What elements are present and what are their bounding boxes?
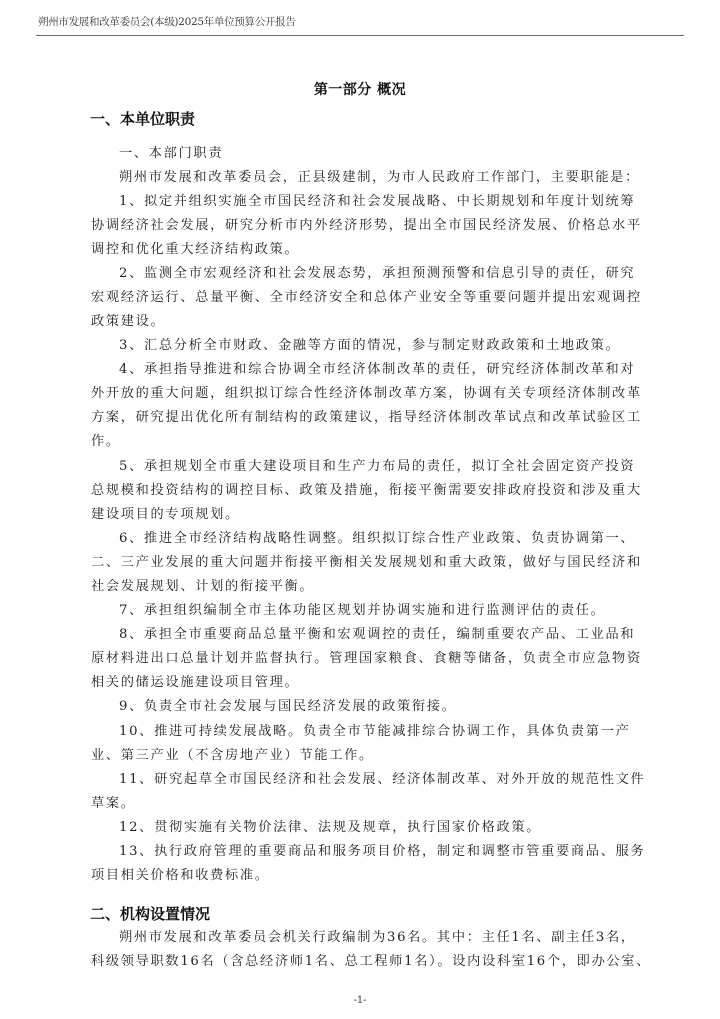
duty-item-4: 4、承担指导推进和综合协调全市经济体制改革的责任，研究经济体制改革和对 [119, 361, 631, 379]
paragraph-line: 调控和优化重大经济结构政策。 [91, 241, 631, 259]
part-title: 第一部分 概况 [0, 79, 720, 99]
paragraph-line: 政策建设。 [91, 313, 631, 331]
paragraph-line: 相关的储运设施建设项目管理。 [91, 674, 631, 692]
paragraph-line: 草案。 [91, 795, 631, 813]
paragraph-line: 朔州市发展和改革委员会，正县级建制，为市人民政府工作部门，主要职能是： [119, 169, 631, 187]
page-number: -1- [0, 995, 720, 1006]
paragraph-line: 总规模和投资结构的调控目标、政策及措施，衔接平衡需要安排政府投资和涉及重大 [91, 482, 631, 500]
header-rule [36, 35, 684, 36]
paragraph-line: 朔州市发展和改革委员会机关行政编制为36名。其中：主任1名、副主任3名， [119, 929, 631, 947]
duty-item-7: 7、承担组织编制全市主体功能区规划并协调实施和进行监测评估的责任。 [119, 602, 631, 620]
paragraph-line: 宏观经济运行、总量平衡、全市经济安全和总体产业安全等重要问题并提出宏观调控 [91, 289, 631, 307]
paragraph-line: 原材料进出口总量计划并监督执行。管理国家粮食、食糖等储备，负责全市应急物资 [91, 650, 631, 668]
paragraph-line: 方案，研究提出优化所有制结构的政策建议，指导经济体制改革试点和改革试验区工 [91, 409, 631, 427]
duty-item-5: 5、承担规划全市重大建设项目和生产力布局的责任，拟订全社会固定资产投资 [119, 458, 631, 476]
paragraph-line: 建设项目的专项规划。 [91, 506, 631, 524]
running-header: 朔州市发展和改革委员会(本级)2025年单位预算公开报告 [38, 14, 296, 29]
paragraph-line: 协调经济社会发展，研究分析市内外经济形势，提出全市国民经济发展、价格总水平 [91, 217, 631, 235]
duty-item-11: 11、研究起草全市国民经济和社会发展、经济体制改革、对外开放的规范性文件 [119, 771, 631, 789]
paragraph-line: 二、三产业发展的重大问题并衔接平衡相关发展规划和重大政策，做好与国民经济和 [91, 554, 631, 572]
paragraph-line: 作。 [91, 433, 631, 451]
duty-item-12: 12、贯彻实施有关物价法律、法规及规章，执行国家价格政策。 [119, 819, 631, 837]
subheading-dept-duties: 一、本部门职责 [119, 145, 631, 163]
duty-item-10: 10、推进可持续发展战略。负责全市节能减排综合协调工作，具体负责第一产 [119, 723, 631, 741]
paragraph-line: 项目相关价格和收费标准。 [91, 867, 631, 885]
duty-item-3: 3、汇总分析全市财政、金融等方面的情况，参与制定财政政策和土地政策。 [119, 337, 631, 355]
section-heading-unit-duties: 一、本单位职责 [90, 108, 195, 129]
duty-item-6: 6、推进全市经济结构战略性调整。组织拟订综合性产业政策、负责协调第一、 [119, 530, 631, 548]
paragraph-line: 社会发展规划、计划的衔接平衡。 [91, 578, 631, 596]
paragraph-line: 科级领导职数16名（含总经济师1名、总工程师1名）。设内设科室16个，即办公室、 [91, 953, 631, 971]
duty-item-2: 2、监测全市宏观经济和社会发展态势，承担预测预警和信息引导的责任，研究 [119, 265, 631, 283]
paragraph-line: 外开放的重大问题，组织拟订综合性经济体制改革方案，协调有关专项经济体制改革 [91, 385, 631, 403]
duty-item-9: 9、负责全市社会发展与国民经济发展的政策衔接。 [119, 698, 631, 716]
duty-item-13: 13、执行政府管理的重要商品和服务项目价格，制定和调整市管重要商品、服务 [119, 843, 631, 861]
duty-item-8: 8、承担全市重要商品总量平衡和宏观调控的责任，编制重要农产品、工业品和 [119, 626, 631, 644]
paragraph-line: 业、第三产业（不含房地产业）节能工作。 [91, 747, 631, 765]
duty-item-1: 1、拟定并组织实施全市国民经济和社会发展战略、中长期规划和年度计划统筹 [119, 193, 631, 211]
section-heading-org-setup: 二、机构设置情况 [90, 903, 210, 924]
